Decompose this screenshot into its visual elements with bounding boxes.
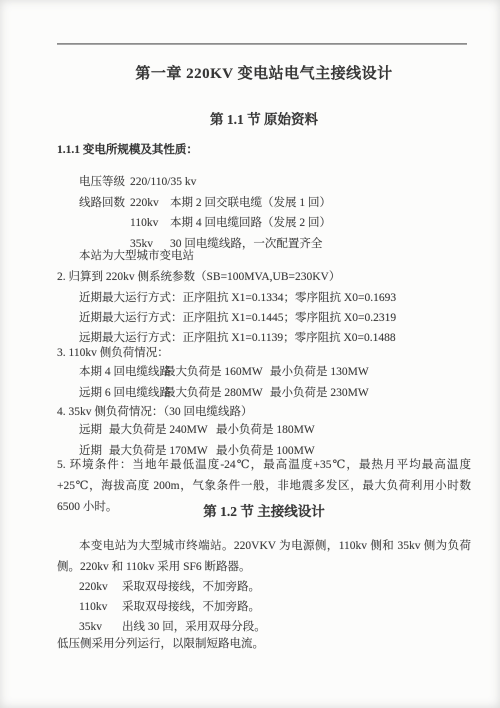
- chapter-title: 第一章 220KV 变电站电气主接线设计: [57, 64, 471, 85]
- section-1-1-title: 第 1.1 节 原始资料: [57, 110, 471, 131]
- wiring-row: 220kv 采取双母接线，不加旁路。: [57, 578, 471, 598]
- load-period: 远期: [79, 420, 109, 441]
- load-max: 最大负荷是 160MW: [164, 362, 270, 383]
- load-line: 远期 6 回电缆线路: [79, 383, 164, 404]
- spec-row: 电压等级 220/110/35 kv: [57, 172, 471, 193]
- wiring-row: 110kv 采取双母接线，不加旁路。: [57, 598, 471, 618]
- spec-label: 线路回数: [79, 193, 130, 214]
- spec-row: 110kv 本期 4 回电缆回路（发展 2 回）: [57, 213, 471, 234]
- wiring-desc: 采取双母接线，不加旁路。: [122, 598, 260, 618]
- wiring-voltage: 220kv: [79, 578, 122, 598]
- load-max: 最大负荷是 280MW: [164, 383, 270, 404]
- item-2-heading: 2. 归算到 220kv 侧系统参数（SB=100MVA,UB=230KV）: [57, 267, 471, 288]
- wiring-voltage: 110kv: [79, 598, 122, 618]
- spec-value: 220kv: [130, 193, 170, 214]
- spec-label: [79, 213, 130, 234]
- spec-row: 线路回数 220kv 本期 2 回交联电缆（发展 1 回）: [57, 193, 471, 214]
- impedance-row: 近期最大运行方式：正序阻抗 X1=0.1334；零序阻抗 X0=0.1693: [57, 288, 471, 308]
- spec-label: 电压等级: [79, 172, 130, 193]
- document-page: 第一章 220KV 变电站电气主接线设计 第 1.1 节 原始资料 1.1.1 …: [0, 0, 500, 708]
- wiring-table: 220kv 采取双母接线，不加旁路。 110kv 采取双母接线，不加旁路。 35…: [57, 578, 471, 637]
- spec-desc: 本期 2 回交联电缆（发展 1 回）: [170, 193, 331, 214]
- load-max: 最大负荷是 240MW: [109, 420, 216, 441]
- spec-desc: 本期 4 回电缆回路（发展 2 回）: [170, 213, 331, 234]
- load-row: 本期 4 回电缆线路 最大负荷是 160MW 最小负荷是 130MW: [57, 362, 471, 383]
- spec-table: 电压等级 220/110/35 kv 线路回数 220kv 本期 2 回交联电缆…: [57, 172, 471, 254]
- spec-value: 110kv: [130, 213, 170, 234]
- load-110kv-table: 本期 4 回电缆线路 最大负荷是 160MW 最小负荷是 130MW 远期 6 …: [57, 362, 471, 403]
- page-header-rule: [57, 43, 467, 45]
- load-row: 远期 最大负荷是 240MW 最小负荷是 180MW: [57, 420, 471, 441]
- load-min: 最小负荷是 230MW: [270, 383, 369, 404]
- load-line: 本期 4 回电缆线路: [79, 362, 164, 383]
- wiring-desc: 采取双母接线，不加旁路。: [122, 578, 260, 598]
- spec-value: 220/110/35 kv: [130, 172, 170, 193]
- subsection-1-1-1-title: 1.1.1 变电所规模及其性质：: [57, 140, 471, 161]
- impedance-row: 近期最大运行方式：正序阻抗 X1=0.1445；零序阻抗 X0=0.2319: [57, 308, 471, 328]
- wiring-note: 低压侧采用分列运行，以限制短路电流。: [57, 634, 471, 655]
- load-min: 最小负荷是 180MW: [216, 420, 315, 441]
- load-row: 远期 6 回电缆线路 最大负荷是 280MW 最小负荷是 230MW: [57, 383, 471, 404]
- item-3-heading: 3. 110kv 侧负荷情况：: [57, 343, 471, 364]
- impedance-list: 近期最大运行方式：正序阻抗 X1=0.1334；零序阻抗 X0=0.1693 近…: [57, 288, 471, 348]
- section-1-2-intro-paragraph: 本变电站为大型城市终端站。220VKV 为电源侧，110kv 侧和 35kv 侧…: [57, 536, 471, 578]
- load-min: 最小负荷是 130MW: [270, 362, 369, 383]
- section-1-2-title: 第 1.2 节 主接线设计: [57, 502, 471, 523]
- station-note: 本站为大型城市变电站: [57, 246, 493, 267]
